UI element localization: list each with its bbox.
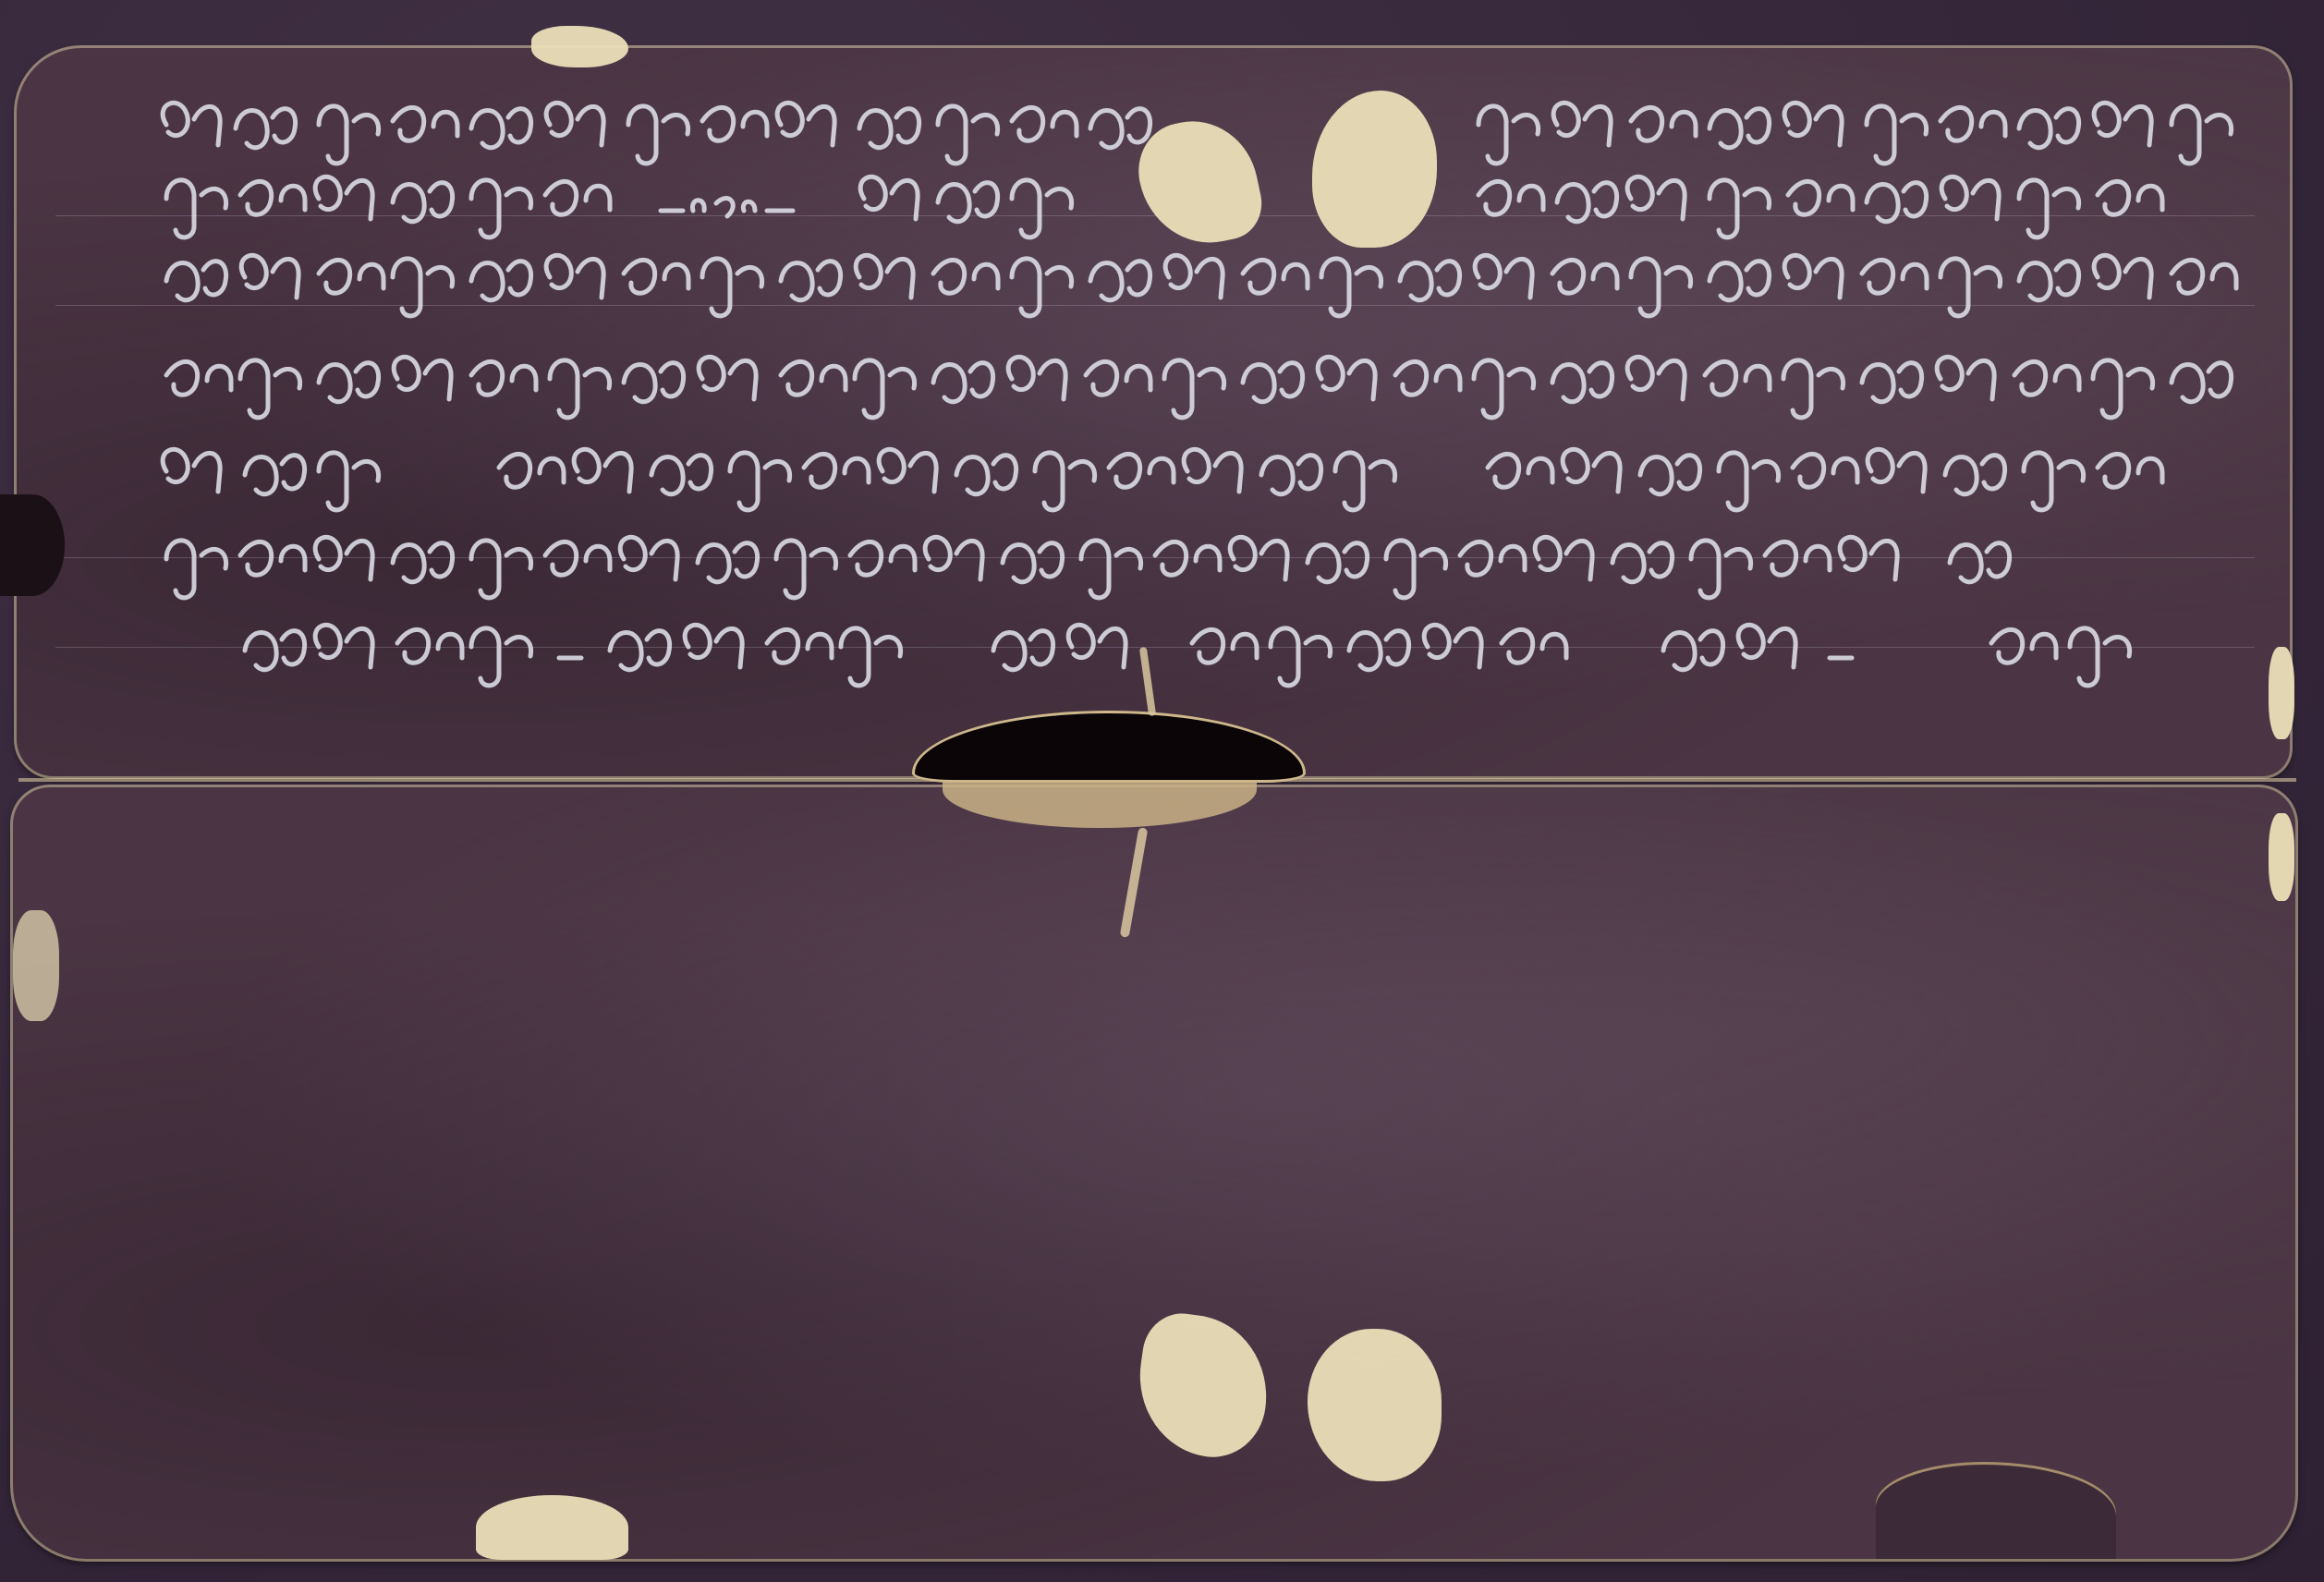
ruling-line bbox=[55, 647, 2255, 648]
worn-patch bbox=[13, 910, 59, 1021]
worn-patch bbox=[2269, 813, 2294, 901]
worn-patch bbox=[1308, 1329, 1442, 1481]
ruling-line bbox=[55, 305, 2255, 306]
manuscript-lower-panel bbox=[13, 787, 2295, 1559]
edge-tear bbox=[0, 494, 65, 596]
ruling-line bbox=[55, 557, 2255, 558]
worn-patch bbox=[2269, 647, 2294, 739]
worn-patch bbox=[531, 26, 628, 67]
worn-patch bbox=[476, 1495, 628, 1560]
